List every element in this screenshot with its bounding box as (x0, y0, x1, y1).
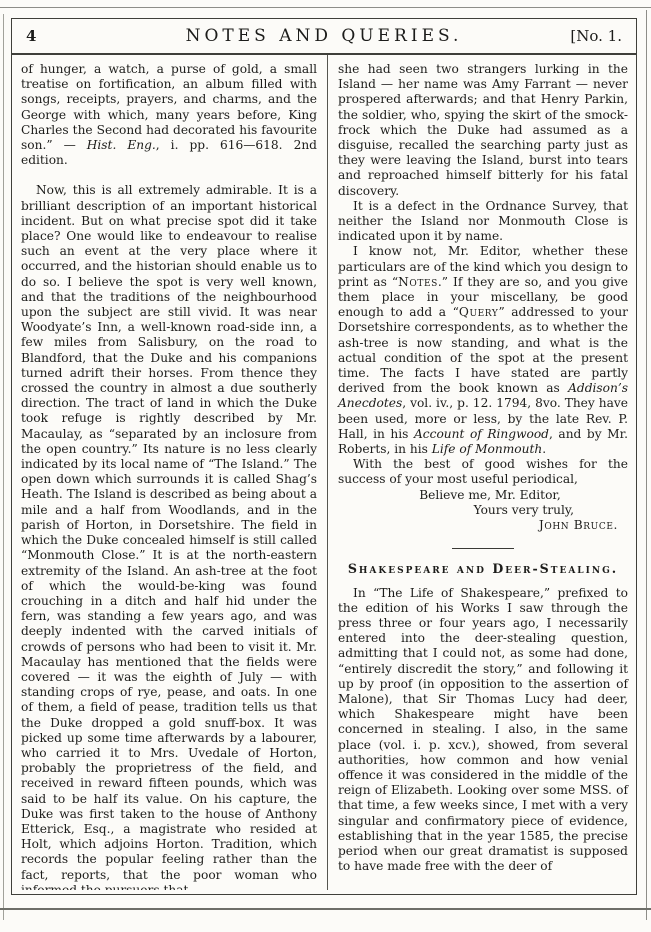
letter-closing-line: Yours very truly, (338, 503, 628, 518)
page-header: 4 NOTES AND QUERIES. [No. 1. (12, 19, 636, 55)
text-columns: of hunger, a watch, a purse of gold, a s… (12, 55, 636, 890)
right-column: she had seen two strangers lurking in th… (328, 55, 636, 890)
paragraph: she had seen two strangers lurking in th… (338, 62, 628, 199)
page-frame: 4 NOTES AND QUERIES. [No. 1. of hunger, … (11, 18, 637, 895)
outer-top-rule (0, 7, 651, 8)
paragraph: Now, this is all extremely admirable. It… (21, 183, 317, 890)
section-divider-rule (452, 548, 514, 549)
signature: John Bruce. (338, 518, 628, 533)
paragraph: It is a defect in the Ordnance Survey, t… (338, 199, 628, 245)
section-heading: Shakespeare and Deer-Stealing. (338, 561, 628, 576)
masthead-title: NOTES AND QUERIES. (12, 26, 636, 46)
paragraph: With the best of good wishes for the suc… (338, 457, 628, 487)
paragraph: I know not, Mr. Editor, whether these pa… (338, 244, 628, 457)
paragraph: of hunger, a watch, a purse of gold, a s… (21, 62, 317, 168)
outer-bottom-rule (0, 908, 651, 910)
paragraph: In “The Life of Shakespeare,” prefixed t… (338, 586, 628, 875)
outer-left-rule (3, 14, 4, 920)
outer-right-rule (646, 10, 647, 920)
letter-closing-line: Believe me, Mr. Editor, (338, 488, 628, 503)
left-column: of hunger, a watch, a purse of gold, a s… (12, 55, 328, 890)
scanned-page: 4 NOTES AND QUERIES. [No. 1. of hunger, … (0, 0, 651, 932)
